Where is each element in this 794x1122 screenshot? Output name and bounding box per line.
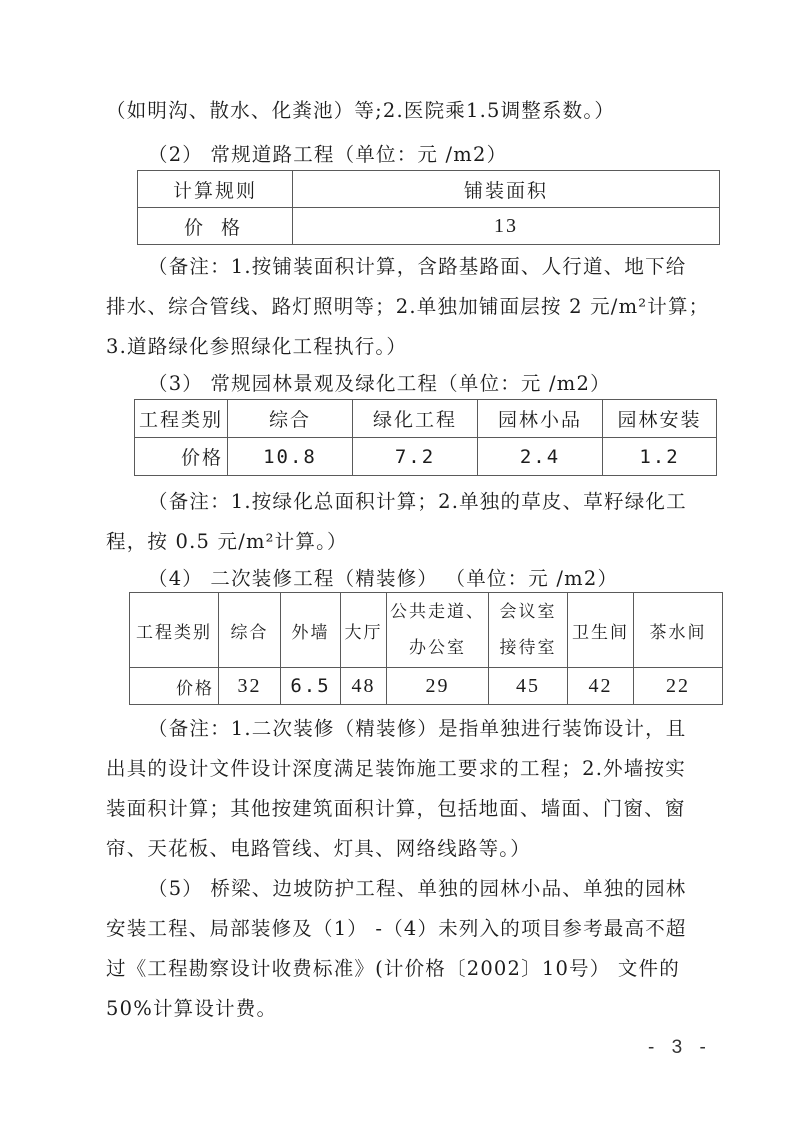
- header-line: 会议室: [489, 594, 567, 630]
- table-header-cell: 会议室 接待室: [489, 593, 568, 668]
- table-cell-value: 48: [341, 668, 387, 705]
- note-line: （备注：1.按绿化总面积计算；2.单独的草皮、草籽绿化工: [148, 490, 687, 514]
- table-header-cell: 外墙: [281, 593, 341, 668]
- table-header-cell: 卫生间: [568, 593, 634, 668]
- table-cell-label: 计算规则: [138, 171, 293, 208]
- table-header-cell: 综合: [228, 400, 353, 438]
- table-cell-value: 42: [568, 668, 634, 705]
- header-line: 接待室: [489, 630, 567, 666]
- road-price-table: 计算规则 铺装面积 价 格 13: [137, 170, 720, 245]
- table-header-cell: 园林安装: [603, 400, 717, 438]
- table-header-cell: 工程类别: [135, 400, 228, 438]
- table-cell-value: 45: [489, 668, 568, 705]
- table-header-cell: 绿化工程: [353, 400, 478, 438]
- paragraph-line: 过《工程勘察设计收费标准》(计价格〔2002〕10号） 文件的: [106, 957, 680, 981]
- table-cell-value: 6.5: [281, 668, 341, 705]
- note-line: 程，按 0.5 元/m²计算。）: [106, 530, 348, 554]
- table-header-cell: 大厅: [341, 593, 387, 668]
- table-header-cell: 茶水间: [634, 593, 723, 668]
- note-line: 装面积计算；其他按建筑面积计算，包括地面、墙面、门窗、窗: [106, 797, 686, 821]
- decoration-price-table: 工程类别 综合 外墙 大厅 公共走道、 办公室 会议室 接待室 卫生间 茶水间 …: [129, 592, 723, 705]
- table-row-label: 价格: [130, 668, 219, 705]
- table-row-label: 价格: [135, 438, 228, 476]
- header-line: 办公室: [387, 630, 488, 666]
- table-cell-value: 1.2: [603, 438, 717, 476]
- table-cell-label: 价 格: [138, 208, 293, 245]
- section-heading-decoration: （4） 二次装修工程（精装修） （单位：元 /m2）: [148, 567, 618, 591]
- table-header-cell: 综合: [219, 593, 281, 668]
- section-heading-landscape: （3） 常规园林景观及绿化工程（单位：元 /m2）: [148, 372, 611, 396]
- table-cell-value: 7.2: [353, 438, 478, 476]
- header-line: 公共走道、: [387, 594, 488, 630]
- page-number: - 3 -: [648, 1037, 712, 1059]
- note-line: 排水、综合管线、路灯照明等；2.单独加铺面层按 2 元/m²计算；: [106, 295, 709, 319]
- note-line: 出具的设计文件设计深度满足装饰施工要求的工程；2.外墙按实: [106, 757, 686, 781]
- paragraph-line: （5） 桥梁、边坡防护工程、单独的园林小品、单独的园林: [148, 877, 687, 901]
- landscape-price-table: 工程类别 综合 绿化工程 园林小品 园林安装 价格 10.8 7.2 2.4 1…: [134, 399, 717, 476]
- table-cell-value: 29: [387, 668, 489, 705]
- table-header-cell: 公共走道、 办公室: [387, 593, 489, 668]
- note-line: 3.道路绿化参照绿化工程执行。）: [106, 335, 407, 359]
- table-cell-value: 10.8: [228, 438, 353, 476]
- table-cell-value: 铺装面积: [293, 171, 720, 208]
- note-line: （备注：1.二次装修（精装修）是指单独进行装饰设计，且: [148, 717, 687, 741]
- table-cell-value: 13: [293, 208, 720, 245]
- table-cell-value: 2.4: [478, 438, 603, 476]
- note-line: 帘、天花板、电路管线、灯具、网络线路等。）: [106, 837, 531, 861]
- table-header-cell: 园林小品: [478, 400, 603, 438]
- paragraph-line: 安装工程、局部装修及（1） -（4）未列入的项目参考最高不超: [106, 917, 687, 941]
- table-cell-value: 22: [634, 668, 723, 705]
- note-line: （备注：1.按铺装面积计算，含路基路面、人行道、地下给: [148, 255, 687, 279]
- paragraph-line: 50%计算设计费。: [106, 997, 277, 1021]
- table-header-cell: 工程类别: [130, 593, 219, 668]
- section-heading-road: （2） 常规道路工程（单位：元 /m2）: [148, 143, 507, 167]
- continued-paragraph-line: （如明沟、散水、化粪池）等;2.医院乘1.5调整系数。）: [106, 99, 615, 123]
- table-cell-value: 32: [219, 668, 281, 705]
